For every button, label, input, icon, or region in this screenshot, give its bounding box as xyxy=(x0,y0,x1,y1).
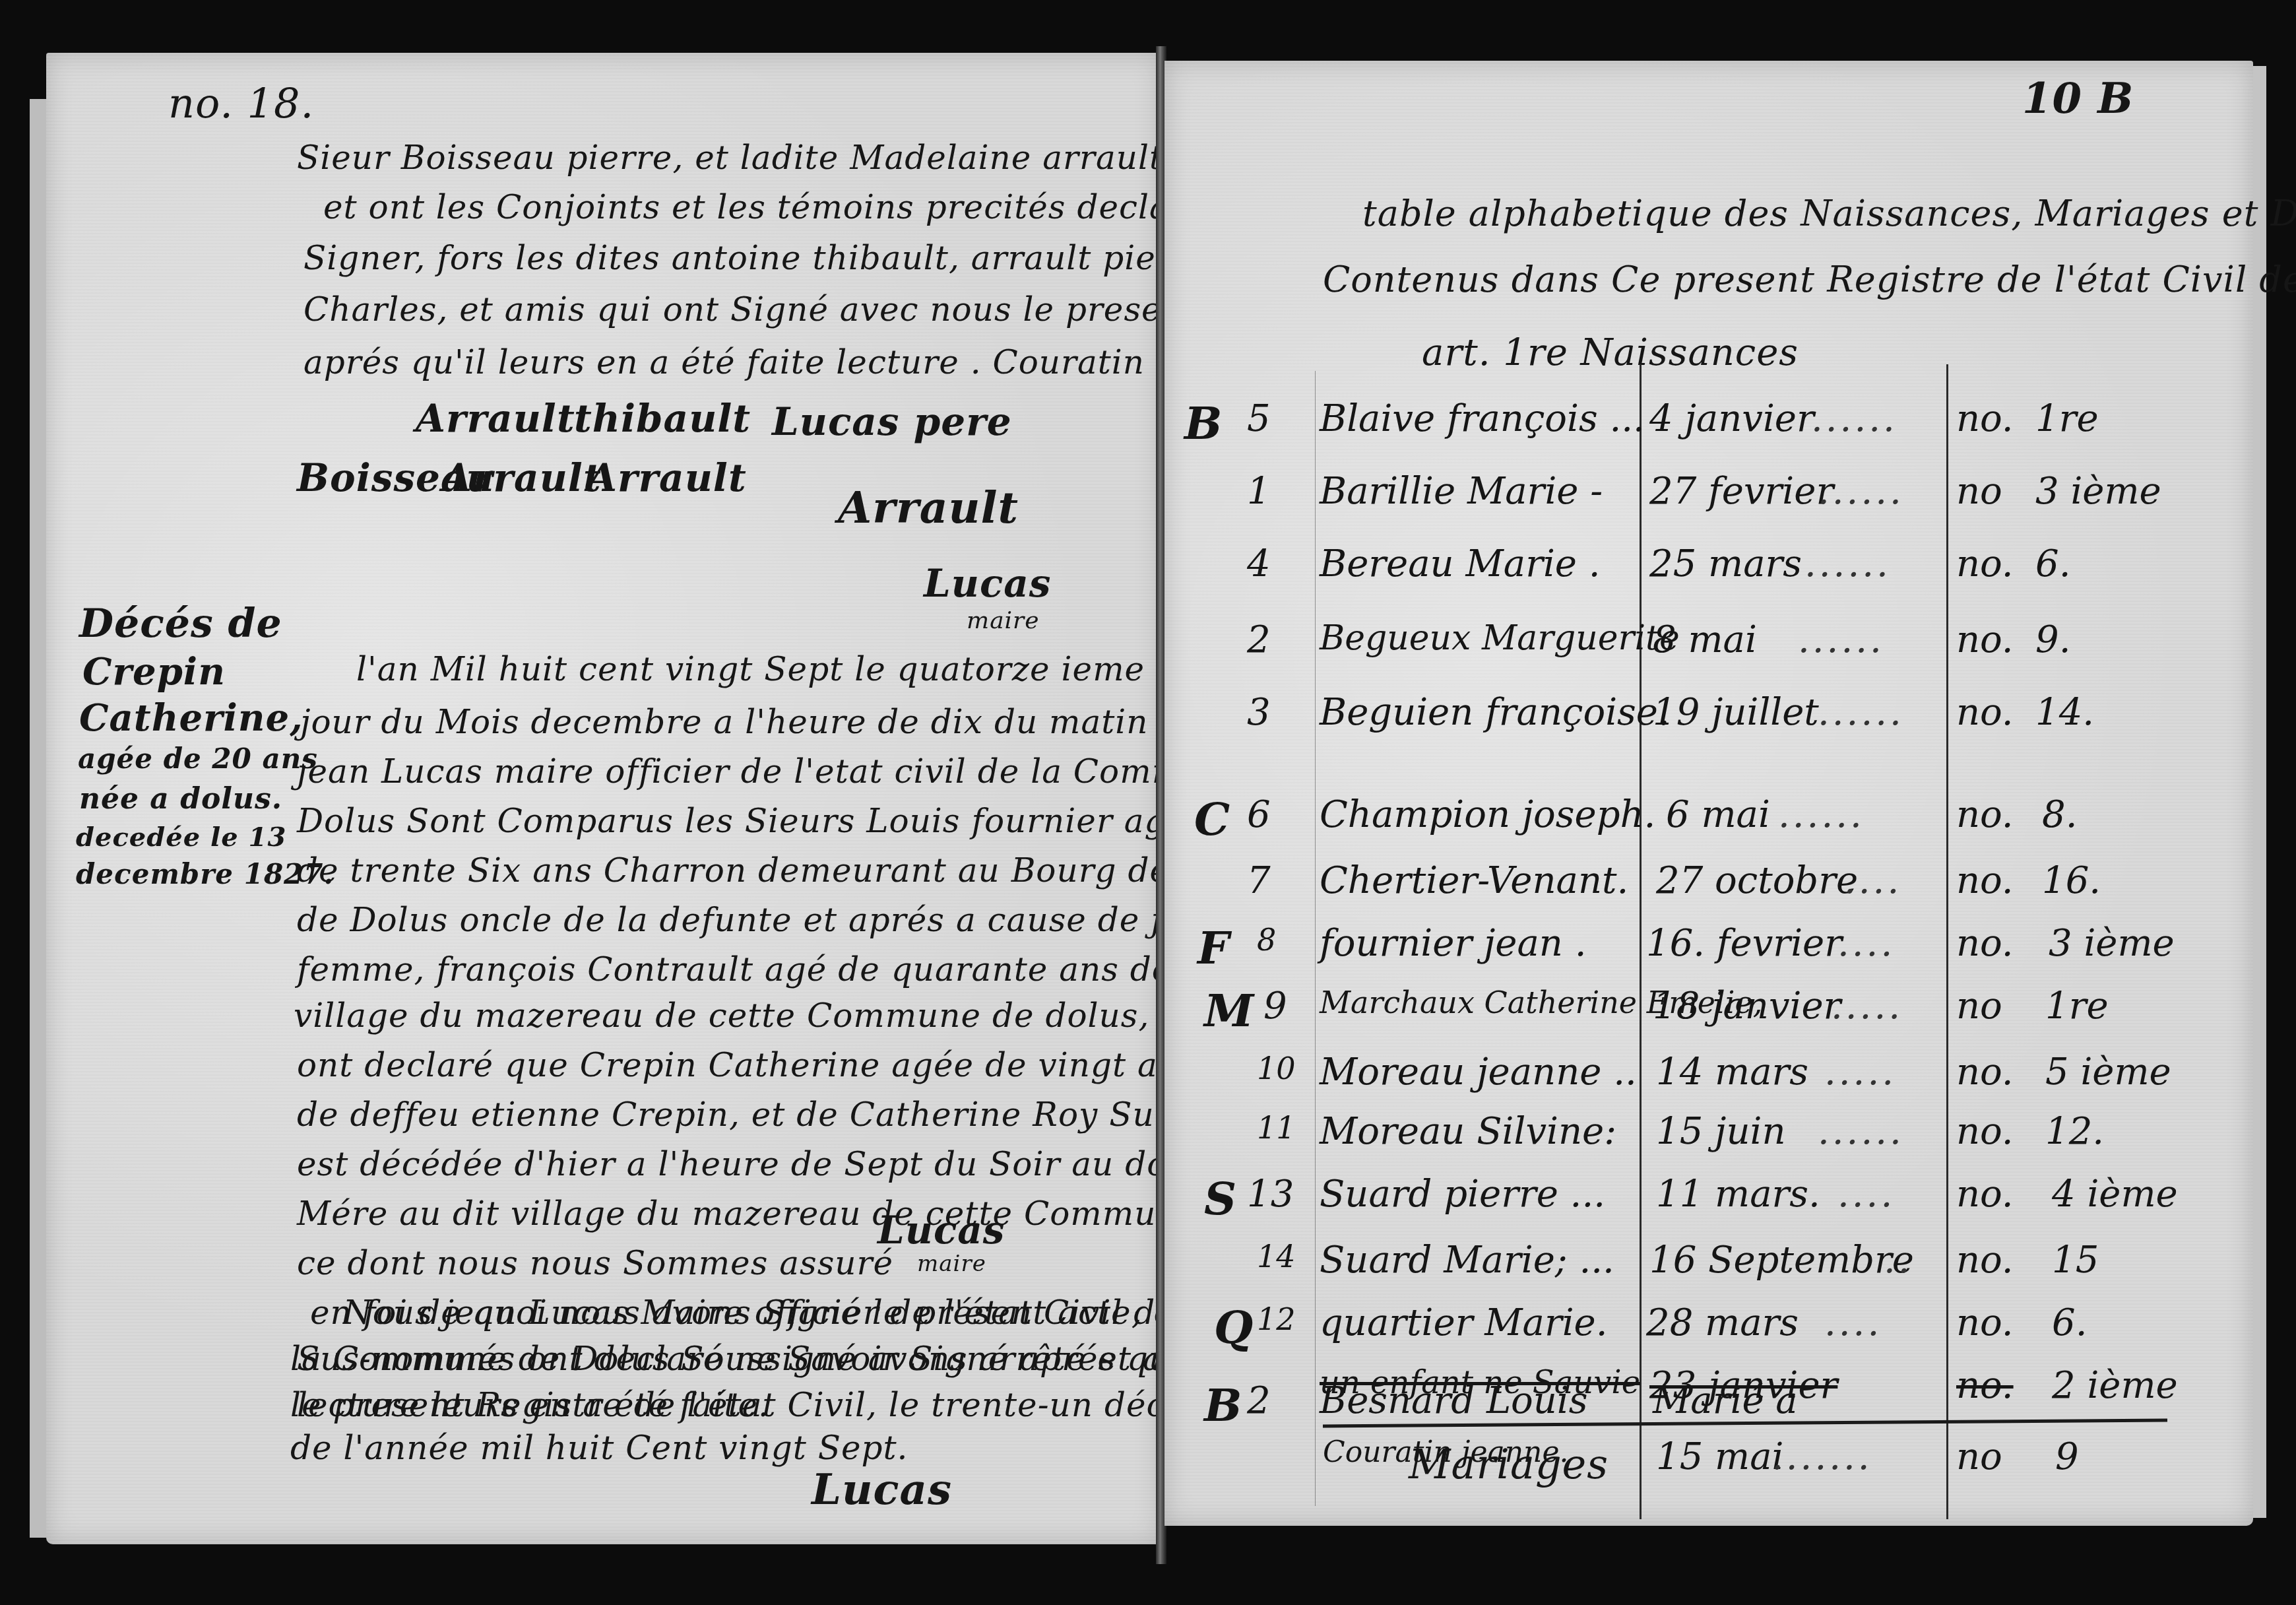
text-line: aprés qu'il leurs en a été faite lecture… xyxy=(303,343,1145,381)
mayor-signature: Lucas xyxy=(812,1465,952,1515)
entry-number: 2 xyxy=(1247,618,1271,661)
entry-name: Chertier-Venant. xyxy=(1320,859,1628,902)
act-number: 6. xyxy=(2035,542,2070,585)
act-no-label: no. xyxy=(1956,1239,2014,1282)
act-no-label: no. xyxy=(1956,691,2014,734)
act-no-label: no. xyxy=(1956,793,2014,836)
dot-leader: ...... xyxy=(1798,618,1884,661)
dot-leader: .... xyxy=(1844,859,1901,902)
entry-date: 27 octobre xyxy=(1656,859,1858,902)
table-row: B 5 Blaive françois ... 4 janvier ......… xyxy=(1164,397,2253,450)
section-heading-births: art. 1re Naissances xyxy=(1422,331,1799,374)
act-no-label: no. xyxy=(1956,859,2014,902)
entry-name-spouse: Couratin jeanne. xyxy=(1323,1435,1568,1469)
dot-leader: ...... xyxy=(1818,691,1904,734)
act-no-label: no. xyxy=(1956,542,2014,585)
entry-number: 2 xyxy=(1247,1379,1271,1422)
table-row: C 6 Champion joseph. 6 mai ...... no. 8. xyxy=(1164,793,2253,846)
text-line: la Commune de Dolus Soussigné avons arrê… xyxy=(290,1340,1273,1378)
right-page: 10 B table alphabetique des Naissances, … xyxy=(1164,61,2253,1526)
act-number: 16. xyxy=(2042,859,2101,902)
text-line: de deffeu etienne Crepin, et de Catherin… xyxy=(297,1096,1297,1134)
entry-number: 9 xyxy=(1263,985,1287,1028)
table-row: 10 Moreau jeanne .. 14 mars ..... no. 5 … xyxy=(1164,1051,2253,1103)
dot-leader: .... xyxy=(1837,922,1895,965)
table-row: 4 Bereau Marie . 25 mars ...... no. 6. xyxy=(1164,542,2253,595)
text-line: Nous jean Lucas Maire officier de l'état… xyxy=(343,1294,1176,1332)
act-no-label: no xyxy=(1956,1435,2002,1478)
register-title-line-1: table alphabetique des Naissances, Maria… xyxy=(1362,193,2296,234)
signature: Arrault xyxy=(416,396,575,441)
text-line: ont declaré que Crepin Catherine agée de… xyxy=(297,1046,1275,1084)
entry-number: 5 xyxy=(1247,397,1271,440)
entry-date: 16. fevrier xyxy=(1646,922,1842,965)
act-number: 5 ième xyxy=(2045,1051,2171,1094)
table-row: 1 Barillie Marie - 27 fevrier ...... no … xyxy=(1164,470,2253,523)
entry-date: 15 mai xyxy=(1656,1435,1783,1478)
dot-leader: .... xyxy=(1824,1301,1882,1344)
act-number: 12. xyxy=(2045,1110,2104,1153)
text-line: jean Lucas maire officier de l'etat civi… xyxy=(297,752,1301,791)
entry-number: 10 xyxy=(1257,1051,1296,1086)
alpha-letter: F xyxy=(1197,922,1229,975)
act-no-label: no. xyxy=(1956,922,2014,965)
table-row: F 8 fournier jean . 16. fevrier .... no.… xyxy=(1164,922,2253,975)
entry-number: 11 xyxy=(1257,1110,1296,1146)
table-row: 14 Suard Marie; ... 16 Septembre .. no. … xyxy=(1164,1239,2253,1292)
register-title-line-2: Contenus dans Ce present Registre de l'é… xyxy=(1323,259,2296,300)
margin-note-line: decembre 1827. xyxy=(76,858,334,890)
entry-name: Blaive françois ... xyxy=(1320,397,1645,440)
alpha-letter: Q xyxy=(1214,1301,1253,1354)
act-number: 1re xyxy=(2045,985,2109,1028)
entry-name: quartier Marie. xyxy=(1320,1301,1608,1344)
table-row: S 13 Suard pierre ... 11 mars. .... no. … xyxy=(1164,1173,2253,1226)
entry-name: Moreau jeanne .. xyxy=(1320,1051,1637,1094)
entry-number: 3 xyxy=(1247,691,1271,734)
entry-date: 15 juin xyxy=(1656,1110,1785,1153)
text-line: de l'année mil huit Cent vingt Sept. xyxy=(290,1429,909,1467)
text-line: Charles, et amis qui ont Signé avec nous… xyxy=(303,290,1282,329)
entry-number: 1 xyxy=(1247,470,1271,513)
entry-name: Barillie Marie - xyxy=(1320,470,1603,513)
signature: Lucas pere xyxy=(772,399,1012,444)
margin-note-line: née a dolus. xyxy=(79,782,282,816)
text-line: l'an Mil huit cent vingt Sept le quatorz… xyxy=(356,650,1145,688)
margin-note-line: Catherine, xyxy=(79,696,303,740)
entry-number: 14 xyxy=(1257,1239,1296,1274)
entry-date: 6 mai xyxy=(1666,793,1770,836)
act-no-label: no xyxy=(1956,470,2002,513)
entry-date: 8 mai xyxy=(1653,618,1757,661)
dot-leader: ...... xyxy=(1818,470,1904,513)
dot-leader: ...... xyxy=(1804,542,1891,585)
entry-name: Begueux Marguerite xyxy=(1320,618,1680,658)
text-line: Dolus Sont Comparus les Sieurs Louis fou… xyxy=(297,802,1186,840)
act-number: 8. xyxy=(2042,793,2077,836)
entry-date: 27 fevrier xyxy=(1649,470,1834,513)
act-number: 15 xyxy=(2052,1239,2099,1282)
table-row: B 2 Besnard Louis Marié a xyxy=(1164,1379,2253,1432)
alpha-letter: B xyxy=(1204,1379,1242,1432)
entry-number: 4 xyxy=(1247,542,1271,585)
text-line: le present Registre de l'état Civil, le … xyxy=(290,1386,1276,1424)
act-no-label: no. xyxy=(1956,618,2014,661)
signature: thibault xyxy=(574,396,751,441)
entry-date: 16 Septembre xyxy=(1649,1239,1914,1282)
signature: Arrault xyxy=(838,482,1019,533)
right-folio: 10 B xyxy=(2022,74,2134,123)
dot-leader: .. xyxy=(1884,1239,1913,1282)
table-row: M 9 Marchaux Catherine Emelie, 18 janvie… xyxy=(1164,985,2253,1037)
entry-name: Suard Marie; ... xyxy=(1320,1239,1614,1282)
alpha-letter: M xyxy=(1204,985,1254,1037)
entry-number: 13 xyxy=(1247,1173,1294,1216)
entry-date: 11 mars. xyxy=(1656,1173,1820,1216)
alpha-letter: C xyxy=(1194,793,1230,846)
table-row: 7 Chertier-Venant. 27 octobre .... no. 1… xyxy=(1164,859,2253,912)
entry-name: Bereau Marie . xyxy=(1320,542,1601,585)
mayor-title: maire xyxy=(917,1251,986,1277)
act-number: 6. xyxy=(2052,1301,2087,1344)
text-line: ce dont nous nous Sommes assuré xyxy=(297,1244,893,1282)
table-row-continued: Couratin jeanne. 15 mai ....... no 9 xyxy=(1164,1435,2253,1488)
entry-number: 7 xyxy=(1247,859,1271,902)
dot-leader: ...... xyxy=(1818,1110,1904,1153)
entry-date: 19 juillet xyxy=(1653,691,1819,734)
table-row: 11 Moreau Silvine: 15 juin ...... no. 12… xyxy=(1164,1110,2253,1163)
table-row: 3 Beguien françoise. 19 juillet ...... n… xyxy=(1164,691,2253,744)
entry-number: 8 xyxy=(1257,922,1276,958)
margin-note-line: agée de 20 ans xyxy=(78,742,318,775)
signature: Arrault xyxy=(587,455,747,500)
act-no-label: no. xyxy=(1956,1110,2014,1153)
entry-date-label: Marié a xyxy=(1653,1379,1798,1422)
entry-number: 6 xyxy=(1247,793,1271,836)
signature: Arrault xyxy=(442,455,602,500)
entry-date: 14 mars xyxy=(1656,1051,1808,1094)
dot-leader: ...... xyxy=(1778,793,1865,836)
entry-date: 25 mars xyxy=(1649,542,1802,585)
entry-name: Besnard Louis xyxy=(1320,1379,1588,1422)
act-number: 3 ième xyxy=(2049,922,2175,965)
entry-name: Champion joseph. xyxy=(1320,793,1655,836)
margin-note-line: Décés de xyxy=(79,601,282,647)
entry-date: 18 janvier xyxy=(1653,985,1841,1028)
mayor-title: maire xyxy=(967,607,1040,634)
dot-leader: ..... xyxy=(1824,1051,1896,1094)
act-number: 14. xyxy=(2035,691,2094,734)
entry-name: Suard pierre ... xyxy=(1320,1173,1605,1216)
dot-leader: .... xyxy=(1837,1173,1895,1216)
act-no-label: no. xyxy=(1956,397,2014,440)
alpha-letter: B xyxy=(1184,397,1222,450)
act-no-label: no. xyxy=(1956,1173,2014,1216)
entry-number: 12 xyxy=(1257,1301,1296,1337)
table-row: 2 Begueux Marguerite 8 mai ...... no. 9. xyxy=(1164,618,2253,671)
mayor-signature: Lucas xyxy=(877,1208,1005,1253)
alpha-letter: S xyxy=(1204,1173,1236,1226)
dot-leader: ...... xyxy=(1811,397,1897,440)
dot-leader: ....... xyxy=(1771,1435,1872,1478)
entry-name: Beguien françoise. xyxy=(1320,691,1670,734)
entry-name: Moreau Silvine: xyxy=(1320,1110,1616,1153)
act-number: 9. xyxy=(2035,618,2070,661)
act-no-label: no xyxy=(1956,985,2002,1028)
entry-name: fournier jean . xyxy=(1320,922,1587,965)
left-folio: no. 18. xyxy=(168,79,314,127)
entry-date: 4 janvier xyxy=(1649,397,1814,440)
act-number: 4 ième xyxy=(2052,1173,2178,1216)
table-row: Q 12 quartier Marie. 28 mars .... no. 6. xyxy=(1164,1301,2253,1354)
act-number: 1re xyxy=(2035,397,2099,440)
mayor-signature: Lucas xyxy=(924,561,1052,606)
act-number: 3 ième xyxy=(2035,470,2161,513)
act-no-label: no. xyxy=(1956,1051,2014,1094)
entry-date: 28 mars xyxy=(1646,1301,1799,1344)
act-no-label: no. xyxy=(1956,1301,2014,1344)
dot-leader: ..... xyxy=(1831,985,1903,1028)
margin-note-line: decedée le 13 xyxy=(76,822,286,853)
act-number: 9 xyxy=(2055,1435,2079,1478)
margin-note-line: Crepin xyxy=(82,650,226,694)
